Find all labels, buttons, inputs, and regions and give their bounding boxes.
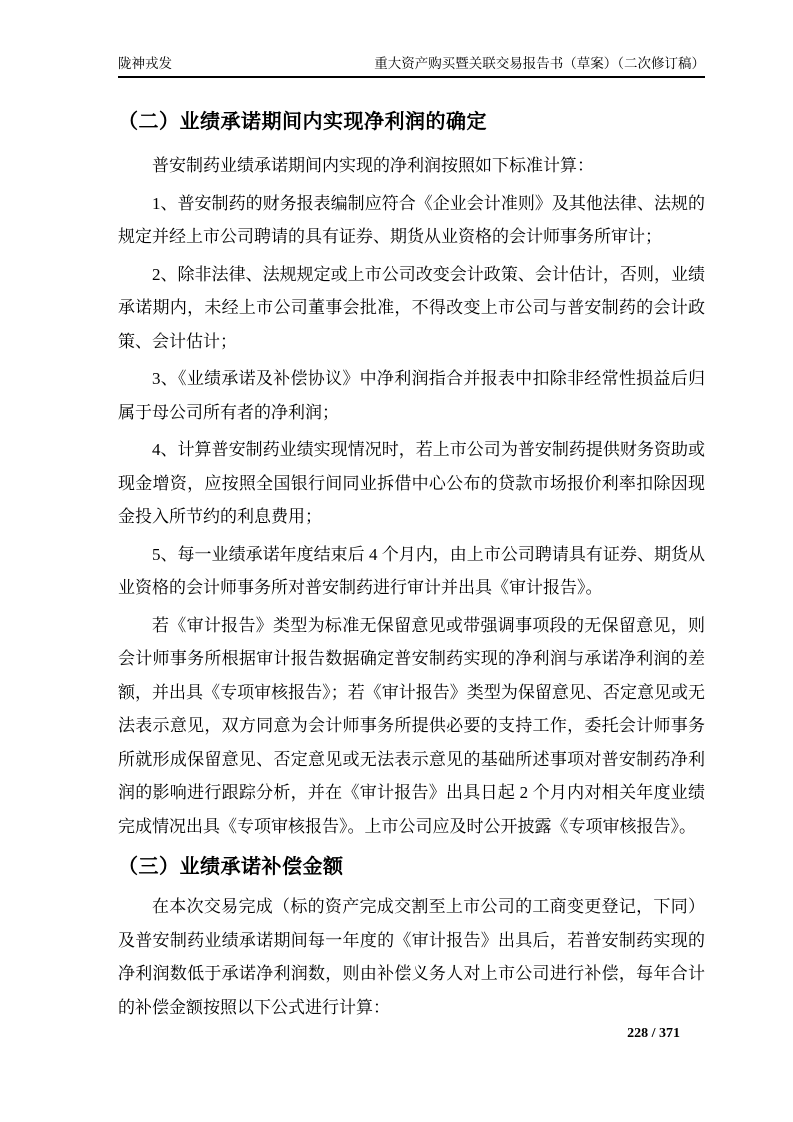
- paragraph-item-1: 1、普安制药的财务报表编制应符合《企业会计准则》及其他法律、法规的规定并经上市公…: [118, 187, 705, 254]
- paragraph: 普安制药业绩承诺期间内实现的净利润按照如下标准计算：: [118, 149, 705, 183]
- paragraph-item-4: 4、计算普安制药业绩实现情况时，若上市公司为普安制药提供财务资助或现金增资，应按…: [118, 433, 705, 534]
- header-doc-full-title: 重大资产购买暨关联交易报告书（草案）（二次修订稿）: [374, 55, 705, 73]
- paragraph-compensation-intro: 在本次交易完成（标的资产完成交割至上市公司的工商变更登记，下同）及普安制药业绩承…: [118, 890, 705, 1024]
- paragraph-item-2: 2、除非法律、法规规定或上市公司改变会计政策、会计估计，否则，业绩承诺期内，未经…: [118, 258, 705, 359]
- paragraph-item-3: 3、《业绩承诺及补偿协议》中净利润指合并报表中扣除非经常性损益后归属于母公司所有…: [118, 362, 705, 429]
- page-number: 228 / 371: [627, 1025, 680, 1043]
- paragraph-audit-report-types: 若《审计报告》类型为标准无保留意见或带强调事项段的无保留意见，则会计师事务所根据…: [118, 609, 705, 844]
- page-header: 陇神戎发 重大资产购买暨关联交易报告书（草案）（二次修订稿）: [118, 55, 705, 78]
- header-doc-short-title: 陇神戎发: [118, 55, 172, 73]
- paragraph-item-5: 5、每一业绩承诺年度结束后 4 个月内，由上市公司聘请具有证券、期货从业资格的会…: [118, 538, 705, 605]
- section-title-net-profit-determination: （二）业绩承诺期间内实现净利润的确定: [118, 108, 705, 136]
- document-body: （二）业绩承诺期间内实现净利润的确定 普安制药业绩承诺期间内实现的净利润按照如下…: [118, 108, 705, 1024]
- section-title-compensation-amount: （三）业绩承诺补偿金额: [118, 853, 705, 881]
- document-page: 陇神戎发 重大资产购买暨关联交易报告书（草案）（二次修订稿） （二）业绩承诺期间…: [0, 0, 793, 1122]
